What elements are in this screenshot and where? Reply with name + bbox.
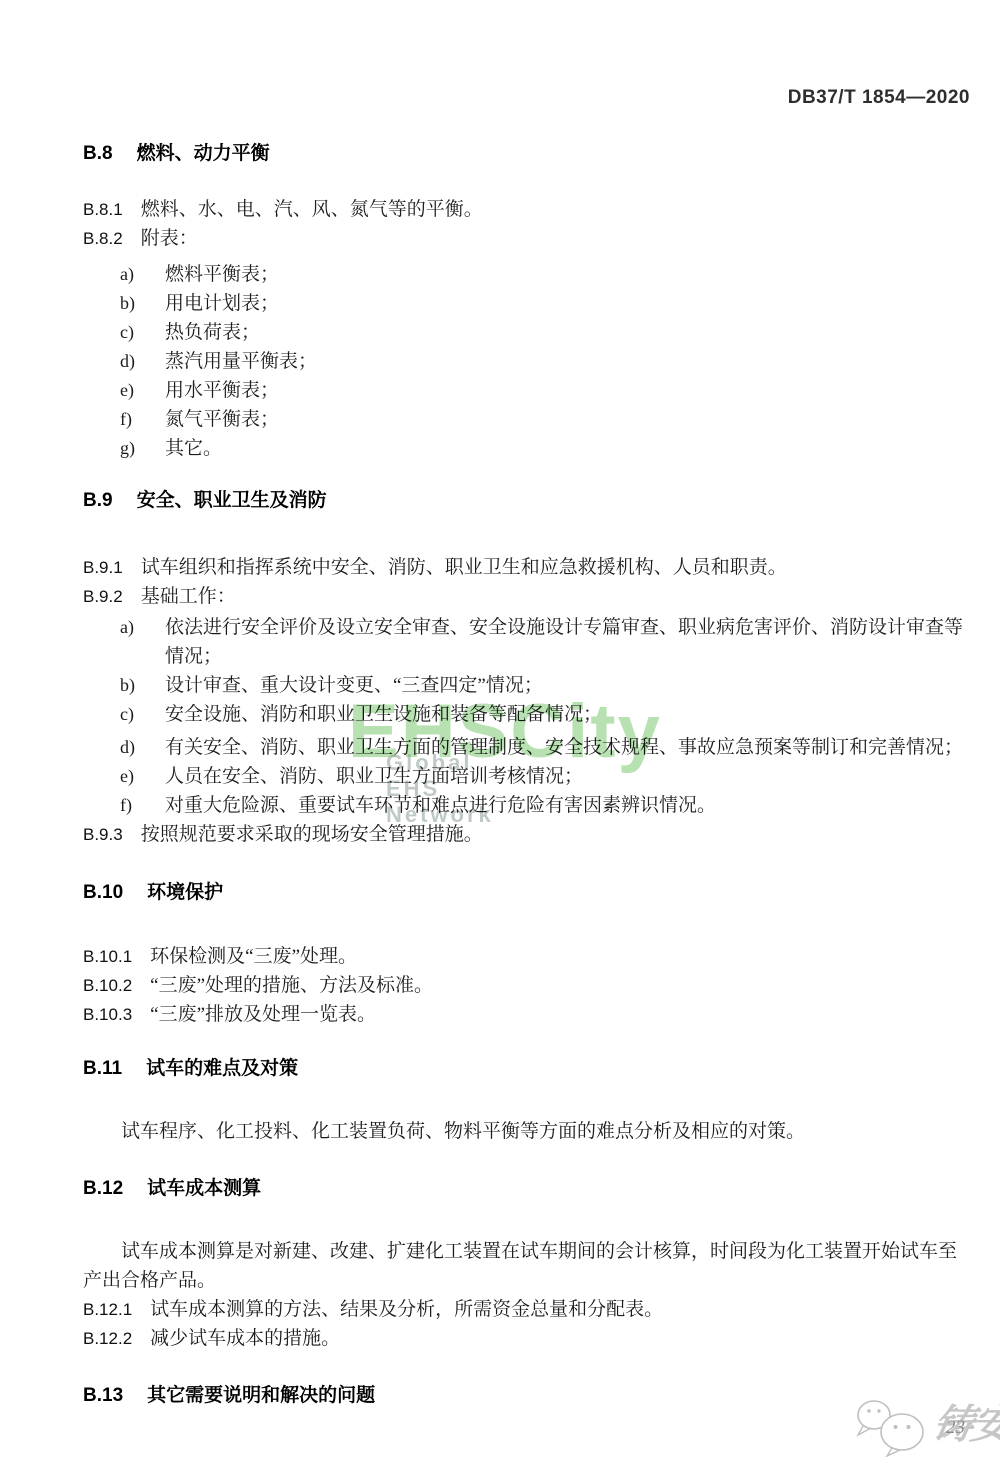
list-item: a)依法进行安全评价及设立安全审查、安全设施设计专篇审查、职业病危害评价、消防设… [83, 613, 970, 671]
clause-b9-2: B.9.2基础工作： [83, 582, 970, 611]
list-text: 氮气平衡表； [165, 409, 279, 430]
section-heading-b13: B.13其它需要说明和解决的问题 [83, 1385, 970, 1407]
section-title: 燃料、动力平衡 [137, 143, 270, 164]
list-letter: d) [120, 733, 135, 762]
list-item: c)安全设施、消防和职业卫生设施和装备等配备情况； [83, 700, 970, 729]
list-text: 依法进行安全评价及设立安全审查、安全设施设计专篇审查、职业病危害评价、消防设计审… [165, 617, 963, 667]
list-b9: a)依法进行安全评价及设立安全审查、安全设施设计专篇审查、职业病危害评价、消防设… [83, 613, 970, 820]
list-item: f)氮气平衡表； [83, 405, 970, 434]
clause-b12-1: B.12.1试车成本测算的方法、结果及分析，所需资金总量和分配表。 [83, 1295, 970, 1324]
clause-number: B.10.3 [83, 1005, 132, 1024]
list-text: 对重大危险源、重要试车环节和难点进行危险有害因素辨识情况。 [165, 795, 716, 816]
list-item: f)对重大危险源、重要试车环节和难点进行危险有害因素辨识情况。 [83, 791, 970, 820]
list-text: 其它。 [165, 438, 222, 459]
list-item: c)热负荷表； [83, 318, 970, 347]
section-heading-b9: B.9安全、职业卫生及消防 [83, 490, 970, 512]
page-number: 23 [946, 1417, 965, 1439]
list-text: 用电计划表； [165, 293, 279, 314]
document-content: DB37/T 1854—2020 B.8燃料、动力平衡 B.8.1燃料、水、电、… [0, 0, 1000, 1407]
section-title: 其它需要说明和解决的问题 [147, 1385, 375, 1406]
doc-number: DB37/T 1854—2020 [83, 88, 970, 108]
section-heading-b12: B.12试车成本测算 [83, 1178, 970, 1200]
list-item: d)蒸汽用量平衡表； [83, 347, 970, 376]
section-heading-b10: B.10环境保护 [83, 882, 970, 904]
clause-text: 燃料、水、电、汽、风、氮气等的平衡。 [141, 199, 483, 220]
list-item: e)用水平衡表； [83, 376, 970, 405]
list-letter: f) [120, 791, 132, 820]
clause-text: 按照规范要求采取的现场安全管理措施。 [141, 824, 483, 845]
list-letter: d) [120, 347, 135, 376]
clause-b8-2: B.8.2附表： [83, 224, 970, 253]
clause-b10-2: B.10.2“三废”处理的措施、方法及标准。 [83, 971, 970, 1000]
list-item: e)人员在安全、消防、职业卫生方面培训考核情况； [83, 762, 970, 791]
list-text: 设计审查、重大设计变更、“三查四定”情况； [165, 675, 543, 696]
clause-b10-1: B.10.1环保检测及“三废”处理。 [83, 942, 970, 971]
section-number: B.13 [83, 1385, 123, 1406]
section-title: 安全、职业卫生及消防 [137, 490, 327, 511]
list-text: 热负荷表； [165, 322, 260, 343]
clause-number: B.9.3 [83, 825, 123, 844]
list-letter: b) [120, 289, 135, 318]
list-letter: f) [120, 405, 132, 434]
list-text: 安全设施、消防和职业卫生设施和装备等配备情况； [165, 704, 602, 725]
section-number: B.11 [83, 1058, 122, 1079]
clause-b8-1: B.8.1燃料、水、电、汽、风、氮气等的平衡。 [83, 195, 970, 224]
clause-text: 环保检测及“三废”处理。 [150, 946, 357, 967]
clause-number: B.8.1 [83, 200, 123, 219]
section-number: B.8 [83, 143, 113, 164]
list-text: 用水平衡表； [165, 380, 279, 401]
section-heading-b8: B.8燃料、动力平衡 [83, 143, 970, 165]
clause-b10-3: B.10.3“三废”排放及处理一览表。 [83, 1000, 970, 1029]
clause-text: 试车成本测算的方法、结果及分析，所需资金总量和分配表。 [150, 1299, 663, 1320]
list-text: 有关安全、消防、职业卫生方面的管理制度、安全技术规程、事故应急预案等制订和完善情… [165, 737, 963, 758]
list-letter: b) [120, 671, 135, 700]
clause-number: B.12.2 [83, 1329, 132, 1348]
clause-text: “三废”处理的措施、方法及标准。 [150, 975, 433, 996]
list-item: b)设计审查、重大设计变更、“三查四定”情况； [83, 671, 970, 700]
paragraph-b11: 试车程序、化工投料、化工装置负荷、物料平衡等方面的难点分析及相应的对策。 [83, 1117, 970, 1146]
list-item: b)用电计划表； [83, 289, 970, 318]
clause-b9-1: B.9.1试车组织和指挥系统中安全、消防、职业卫生和应急救援机构、人员和职责。 [83, 553, 970, 582]
list-text: 人员在安全、消防、职业卫生方面培训考核情况； [165, 766, 583, 787]
section-heading-b11: B.11试车的难点及对策 [83, 1058, 970, 1080]
section-title: 试车成本测算 [147, 1178, 261, 1199]
clause-text: 减少试车成本的措施。 [150, 1328, 340, 1349]
section-title: 环境保护 [147, 882, 223, 903]
list-item: d)有关安全、消防、职业卫生方面的管理制度、安全技术规程、事故应急预案等制订和完… [83, 733, 970, 762]
clause-text: 试车组织和指挥系统中安全、消防、职业卫生和应急救援机构、人员和职责。 [141, 557, 787, 578]
clause-number: B.10.1 [83, 947, 132, 966]
document-page: EHSCity Global EHS Network DB37/T 1854—2… [0, 0, 1000, 1469]
list-letter: e) [120, 376, 134, 405]
list-text: 蒸汽用量平衡表； [165, 351, 317, 372]
list-item: g)其它。 [83, 434, 970, 463]
list-letter: a) [120, 260, 134, 289]
clause-text: “三废”排放及处理一览表。 [150, 1004, 376, 1025]
clause-text: 基础工作： [141, 586, 236, 607]
list-b8: a)燃料平衡表； b)用电计划表； c)热负荷表； d)蒸汽用量平衡表； e)用… [83, 260, 970, 463]
section-title: 试车的难点及对策 [146, 1058, 298, 1079]
list-letter: c) [120, 700, 134, 729]
paragraph-b12: 试车成本测算是对新建、改建、扩建化工装置在试车期间的会计核算，时间段为化工装置开… [83, 1237, 970, 1295]
list-letter: e) [120, 762, 134, 791]
clause-b9-3: B.9.3按照规范要求采取的现场安全管理措施。 [83, 820, 970, 849]
list-letter: a) [120, 613, 134, 642]
clause-number: B.12.1 [83, 1300, 132, 1319]
list-text: 燃料平衡表； [165, 264, 279, 285]
list-item: a)燃料平衡表； [83, 260, 970, 289]
clause-number: B.9.1 [83, 558, 123, 577]
section-number: B.9 [83, 490, 113, 511]
clause-number: B.10.2 [83, 976, 132, 995]
clause-number: B.9.2 [83, 587, 123, 606]
clause-text: 附表： [141, 228, 198, 249]
list-letter: c) [120, 318, 134, 347]
clause-b12-2: B.12.2减少试车成本的措施。 [83, 1324, 970, 1353]
section-number: B.10 [83, 882, 123, 903]
section-number: B.12 [83, 1178, 123, 1199]
clause-number: B.8.2 [83, 229, 123, 248]
list-letter: g) [120, 434, 135, 463]
